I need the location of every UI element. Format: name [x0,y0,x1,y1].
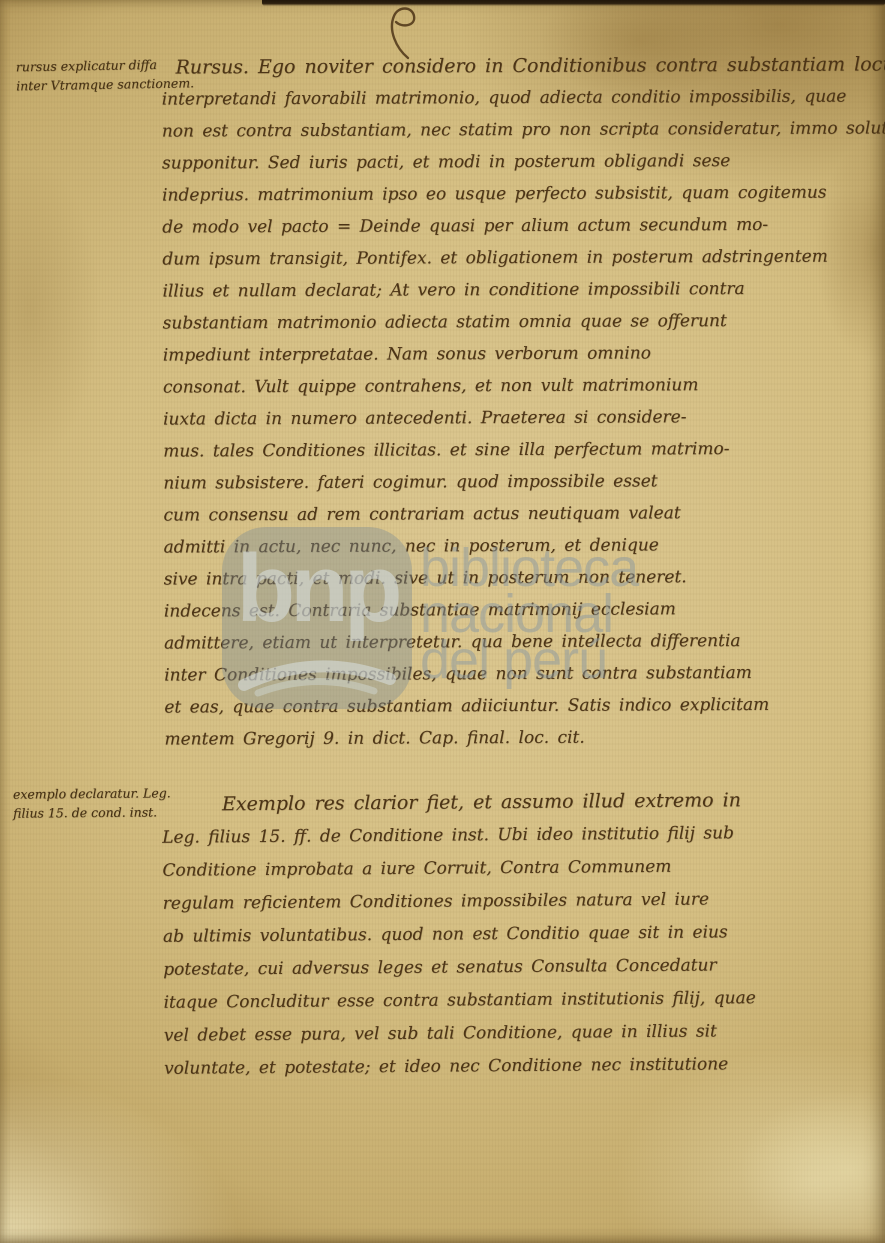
text-line: consonat. Vult quippe contrahens, et non… [163,368,869,403]
text-line: non est contra substantiam, nec statim p… [162,112,868,147]
text-line: et eas, quae contra substantiam adiiciun… [164,688,870,723]
text-line: exemplo declaratur. Leg. [13,783,173,803]
text-line: filius 15. de cond. inst. [13,802,173,822]
text-line: Exemplo res clarior fiet, et assumo illu… [162,783,868,822]
text-line: illius et nullam declarat; At vero in co… [162,272,868,307]
text-line: mus. tales Conditiones illicitas. et sin… [163,432,869,467]
text-line: nium subsistere. fateri cogimur. quod im… [163,464,869,499]
text-line: potestate, cui adversus leges et senatus… [163,948,869,987]
paper-stain [0,160,100,460]
body-paragraph-rursus: Rursus. Ego noviter considero in Conditi… [161,48,870,755]
text-line: sive intra pacti, et modi. sive ut in po… [164,560,870,595]
text-line: mentem Gregorij 9. in dict. Cap. final. … [164,720,870,755]
text-line: admitti in actu, nec nunc, nec in poster… [164,528,870,563]
text-line: iuxta dicta in numero antecedenti. Praet… [163,400,869,435]
paper-stain [740,1090,885,1243]
text-line: interpretandi favorabili matrimonio, quo… [162,80,868,115]
text-line: dum ipsum transigit, Pontifex. et obliga… [162,240,868,275]
scan-edge-top [262,0,885,6]
text-line: impediunt interpretatae. Nam sonus verbo… [163,336,869,371]
body-paragraph-exemplo: Exemplo res clarior fiet, et assumo illu… [162,783,870,1086]
manuscript-page: rursus explicatur diffainter Vtramque sa… [0,0,885,1243]
text-line: inter Conditiones impossibiles, quae non… [164,656,870,691]
text-line: Leg. filius 15. ff. de Conditione inst. … [162,816,868,855]
margin-note-utramque-sanctionem: rursus explicatur diffainter Vtramque sa… [16,55,177,96]
text-line: supponitur. Sed iuris pacti, et modi in … [162,144,868,179]
text-line: admittere, etiam ut interpretetur. qua b… [164,624,870,659]
text-line: indeprius. matrimonium ipso eo usque per… [162,176,868,211]
text-line: indecens est. Contraria substantiae matr… [164,592,870,627]
text-line: de modo vel pacto = Deinde quasi per ali… [162,208,868,243]
text-line: itaque Concluditur esse contra substanti… [163,981,869,1020]
text-line: ab ultimis voluntatibus. quod non est Co… [163,915,869,954]
text-line: regulam reficientem Conditiones impossib… [163,882,869,921]
margin-note-lex-filius: exemplo declaratur. Leg.filius 15. de co… [13,783,173,822]
text-line: voluntate, et potestate; et ideo nec Con… [164,1047,870,1086]
text-line: substantiam matrimonio adiecta statim om… [163,304,869,339]
text-line: Conditione improbata a iure Corruit, Con… [162,849,868,888]
text-line: inter Vtramque sanctionem. [16,74,176,96]
text-line: Rursus. Ego noviter considero in Conditi… [161,48,867,83]
text-line: cum consensu ad rem contrariam actus neu… [163,496,869,531]
text-line: vel debet esse pura, vel sub tali Condit… [164,1014,870,1053]
